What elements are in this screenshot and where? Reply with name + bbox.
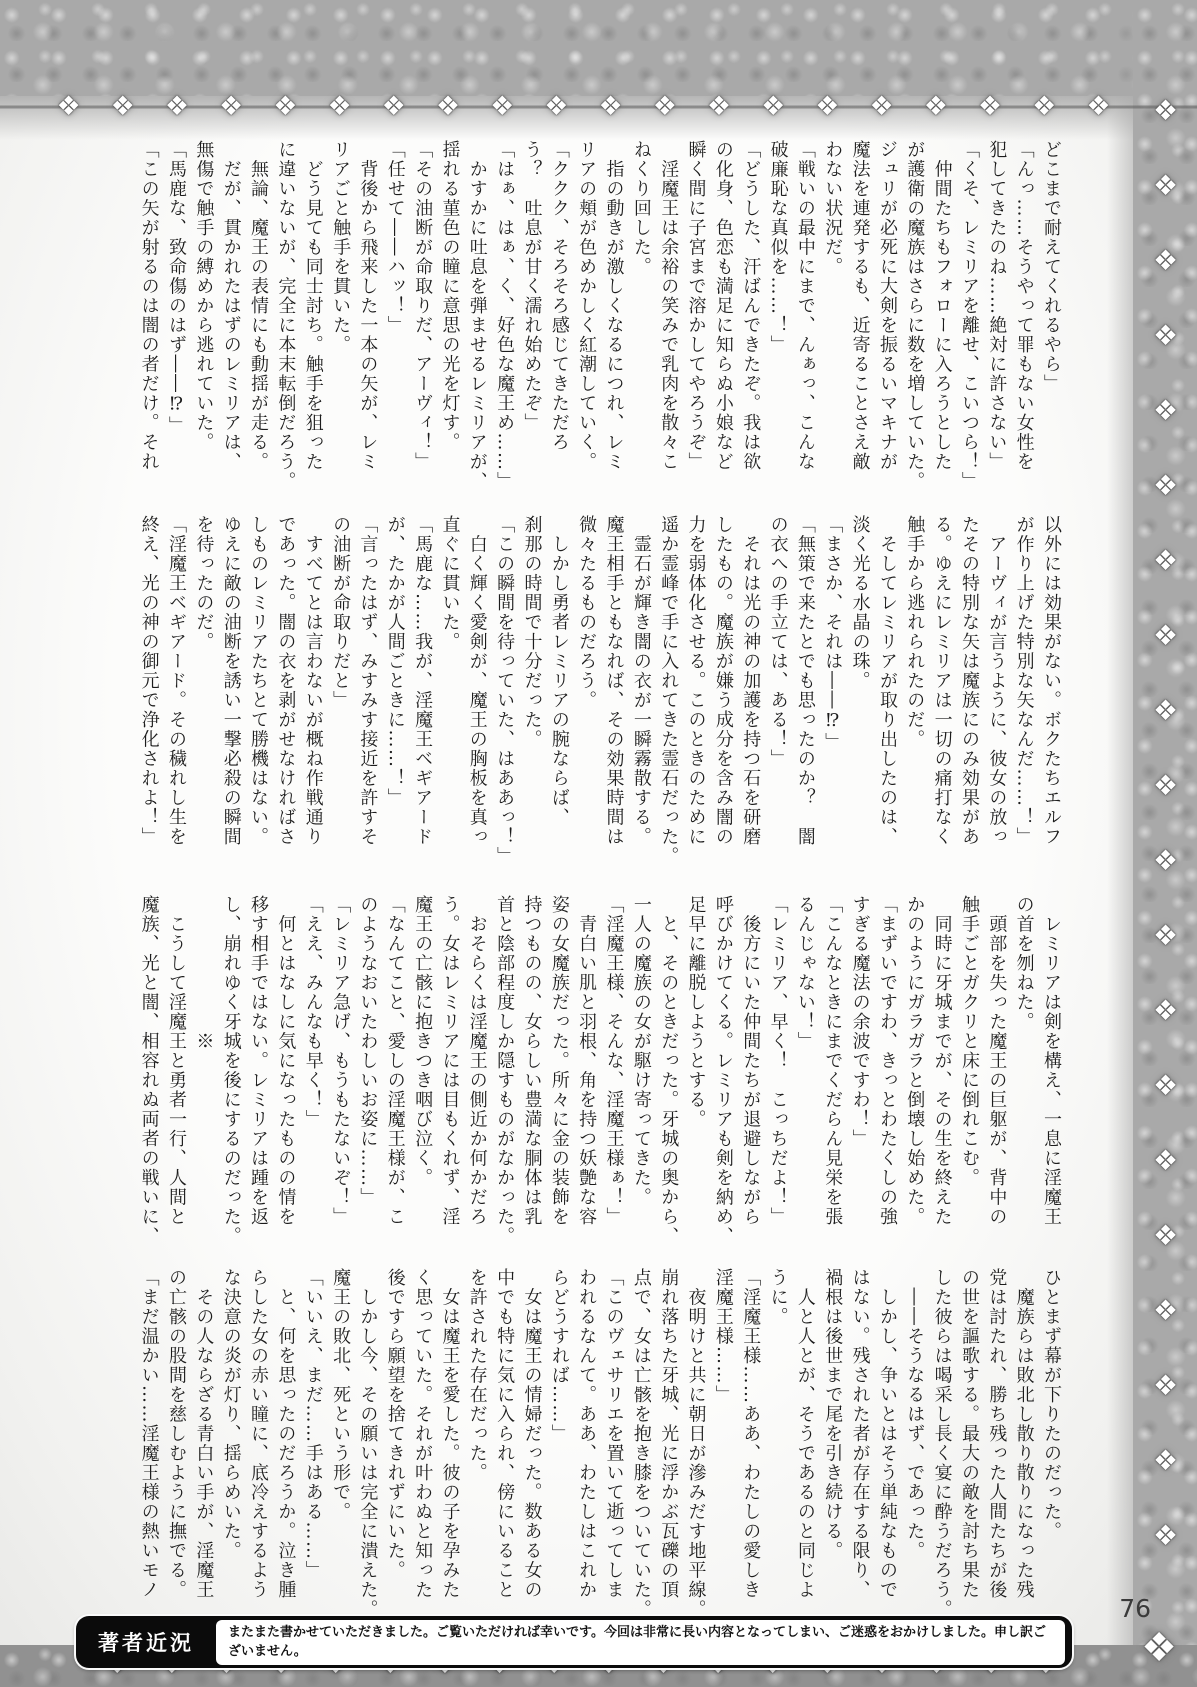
text-column: 女は魔王を愛した。彼の子を孕みた: [436, 1268, 463, 1620]
text-column: 「ククク、そろそろ感じてきただろ: [545, 140, 572, 492]
text-column: 「はぁ、はぁ、く、好色な魔王め……」: [491, 140, 518, 492]
text-column: 指の動きが激しくなるにつれ、レミ: [600, 140, 627, 492]
story-band-2: 以外には効果がない。ボクたちエルフが作り上げた特別な矢なんだ……！」 アーヴィが…: [135, 515, 1065, 867]
text-column: 「淫魔王様……ああ、わたしの愛しき: [737, 1268, 764, 1620]
text-column: 姿の女魔族だった。所々に金の装飾を: [545, 895, 572, 1247]
text-column: 「まさか、それは――⁉」: [819, 515, 846, 867]
text-column: 霊石が輝き闇の衣が一瞬霧散する。: [628, 515, 655, 867]
text-column: しかし今、その願いは完全に潰えた。: [354, 1268, 381, 1620]
text-column: の首を刎ねた。: [1010, 895, 1037, 1247]
text-column: その人ならざる青白い手が、淫魔王: [190, 1268, 217, 1620]
text-column: 犯してきたのね……絶対に許さない」: [983, 140, 1010, 492]
text-column: の亡骸の股間を慈しむように撫でる。: [163, 1268, 190, 1620]
text-column: はない。残された者が存在する限り、: [846, 1268, 873, 1620]
text-column: どう見ても同士討ち。触手を狙った: [299, 140, 326, 492]
ornament-chain-top-icon: ❖❖❖❖❖❖❖❖❖❖❖❖❖❖❖❖❖❖❖❖: [0, 86, 1197, 128]
text-column: 「まずいですわ、きっとわたくしの強: [874, 895, 901, 1247]
text-column: 持つものの、女らしい豊満な胴体は乳: [518, 895, 545, 1247]
text-column: しかし、争いとはそう単純なもので: [874, 1268, 901, 1620]
text-column: う。女はレミリアには目もくれず、淫: [436, 895, 463, 1247]
text-column: だが、貫かれたはずのレミリアは、: [217, 140, 244, 492]
text-column: 「淫魔王様、そんな、淫魔王様ぁ！」: [600, 895, 627, 1247]
text-column: 直ぐに貫いた。: [436, 515, 463, 867]
text-column: 「んっ……そうやって罪もない女性を: [1010, 140, 1037, 492]
text-column: 頭部を失った魔王の巨躯が、背中の: [983, 895, 1010, 1247]
text-column: しかし勇者レミリアの腕ならば、: [545, 515, 572, 867]
text-column: ひとまず幕が下りたのだった。: [1038, 1268, 1065, 1620]
text-column: したもの。魔族が嫌う成分を含み闇の: [710, 515, 737, 867]
text-column: 淫魔王は余裕の笑みで乳肉を散々こ: [655, 140, 682, 492]
text-column: 「任せて――ハッ！」: [381, 140, 408, 492]
text-column: 点で、女は亡骸を抱き膝をついていた。: [628, 1268, 655, 1620]
text-column: と、何を思ったのだろうか。泣き腫: [272, 1268, 299, 1620]
text-column: 触手ごとガクリと床に倒れこむ。: [956, 895, 983, 1247]
text-column: 中でも特に気に入られ、傍にいること: [491, 1268, 518, 1620]
text-column: らどうすれば……」: [545, 1268, 572, 1620]
text-column: すべてとは言わないが概ね作戦通り: [299, 515, 326, 867]
text-column: を許された存在だった。: [463, 1268, 490, 1620]
text-column: こうして淫魔王と勇者一行、人間と: [163, 895, 190, 1247]
page-number: 76: [1119, 1594, 1151, 1623]
text-column: 同時に牙城までが、その生を終えた: [928, 895, 955, 1247]
text-column: 微々たるものだろう。: [573, 515, 600, 867]
text-column: く思っていた。それが叶わぬと知った: [409, 1268, 436, 1620]
text-column: る。ゆえにレミリアは一切の痛打なく: [928, 515, 955, 867]
text-column: が、たかが人間ごときに……！」: [381, 515, 408, 867]
text-column: 後方にいた仲間たちが退避しながら: [737, 895, 764, 1247]
text-column: ※: [190, 895, 217, 1247]
text-column: 魔法を連発するも、近寄ることさえ敵: [846, 140, 873, 492]
text-column: の化身、色恋も満足に知らぬ小娘など: [710, 140, 737, 492]
text-column: 党は討たれ、勝ち残った人間たちが後: [983, 1268, 1010, 1620]
text-column: 「馬鹿な……我が、淫魔王ベギアード: [409, 515, 436, 867]
text-column: 「その油断が命取りだ、アーヴィ！」: [409, 140, 436, 492]
text-column: 「馬鹿な、致命傷のはず――⁉」: [163, 140, 190, 492]
text-column: 「言ったはず、みすみす接近を許すそ: [354, 515, 381, 867]
text-column: 「いいえ、まだ……手はある……」: [299, 1268, 326, 1620]
text-column: 以外には効果がない。ボクたちエルフ: [1038, 515, 1065, 867]
text-column: 力を弱体化させる。このときのために: [682, 515, 709, 867]
text-column: が作り上げた特別な矢なんだ……！」: [1010, 515, 1037, 867]
story-band-3: レミリアは剣を構え、一息に淫魔王の首を刎ねた。 頭部を失った魔王の巨躯が、背中の…: [135, 895, 1065, 1247]
author-note-bar: 著者近況 またまた書かせていただきました。ご覧いただければ幸いです。今回は非常に…: [76, 1616, 1072, 1668]
text-column: 瞬く間に子宮まで溶かしてやろうぞ」: [682, 140, 709, 492]
page-texture-top: [0, 0, 1197, 96]
text-column: 夜明けと共に朝日が滲みだす地平線。: [682, 1268, 709, 1620]
text-column: と、そのときだった。牙城の奥から、: [655, 895, 682, 1247]
text-column: るんじゃない！」: [792, 895, 819, 1247]
text-column: 「無策で来たとでも思ったのか？ 闇: [792, 515, 819, 867]
text-column: われるなんて。ああ、わたしはこれか: [573, 1268, 600, 1620]
text-column: 触手から逃れられたのだ。: [901, 515, 928, 867]
text-column: リアごと触手を貫いた。: [327, 140, 354, 492]
text-column: わない状況だ。: [819, 140, 846, 492]
author-note-label: 著者近況: [76, 1627, 216, 1657]
text-column: 「この瞬間を待っていた、はああっ！」: [491, 515, 518, 867]
text-column: 「くそ、レミリアを離せ、こいつら！」: [956, 140, 983, 492]
text-column: 呼びかけてくる。レミリアも剣を納め、: [710, 895, 737, 1247]
text-column: 首と陰部程度しか隠すものがなかった。: [491, 895, 518, 1247]
text-column: うに。: [764, 1268, 791, 1620]
text-column: 後ですら願望を捨てきれずにいた。: [381, 1268, 408, 1620]
text-column: 崩れ落ちた牙城、光に浮かぶ瓦礫の頂: [655, 1268, 682, 1620]
text-column: 白く輝く愛剣が、魔王の胸板を真っ: [463, 515, 490, 867]
text-column: かすかに吐息を弾ませるレミリアが、: [463, 140, 490, 492]
text-column: すぎる魔法の余波ですわ！」: [846, 895, 873, 1247]
text-column: の世を謳歌する。最大の敵を討ち果た: [956, 1268, 983, 1620]
story-band-4: ひとまず幕が下りたのだった。 魔族らは敗北し散り散りになった残党は討たれ、勝ち残…: [135, 1268, 1065, 1620]
text-column: 終え、光の神の御元で浄化されよ！」: [135, 515, 162, 867]
text-column: 「まだ温かい……淫魔王様の熱いモノ: [135, 1268, 162, 1620]
text-column: たその特別な矢は魔族にのみ効果があ: [956, 515, 983, 867]
text-column: らした女の赤い瞳に、底冷えするよう: [245, 1268, 272, 1620]
text-column: 一人の魔族の女が駆け寄ってきた。: [628, 895, 655, 1247]
text-column: 背後から飛来した一本の矢が、レミ: [354, 140, 381, 492]
text-column: 「どうした、汗ばんできたぞ。我は欲: [737, 140, 764, 492]
page-texture-right-fade: [1107, 0, 1133, 1687]
text-column: 魔族らは敗北し散り散りになった残: [1010, 1268, 1037, 1620]
text-column: リアの頬が色めかしく紅潮していく。: [573, 140, 600, 492]
text-column: しものレミリアたちとて勝機はない。: [245, 515, 272, 867]
text-column: おそらくは淫魔王の側近か何かだろ: [463, 895, 490, 1247]
text-column: 刹那の時間で十分だった。: [518, 515, 545, 867]
text-column: 足早に離脱しようとする。: [682, 895, 709, 1247]
text-column: し、崩れゆく牙城を後にするのだった。: [217, 895, 244, 1247]
text-column: に違いないが、完全に本末転倒だろう。: [272, 140, 299, 492]
book-page: ❖❖❖❖❖❖❖❖❖❖❖❖❖❖❖❖❖❖❖❖ ❖❖❖❖❖❖❖❖❖❖❖❖❖❖❖❖❖❖❖…: [0, 0, 1197, 1687]
text-column: 何とはなしに気になったものの情を: [272, 895, 299, 1247]
text-column: の油断が命取りだと」: [327, 515, 354, 867]
text-column: 魔族、光と闇、相容れぬ両者の戦いに、: [135, 895, 162, 1247]
text-column: が護衛の魔族はさらに数を増していた。: [901, 140, 928, 492]
text-column: 「ええ、みんなも早く！」: [299, 895, 326, 1247]
text-column: 「淫魔王ベギアード。その穢れし生を: [163, 515, 190, 867]
text-column: どこまで耐えてくれるやら」: [1038, 140, 1065, 492]
text-column: そしてレミリアが取り出したのは、: [874, 515, 901, 867]
text-column: 移す相手ではない。レミリアは踵を返: [245, 895, 272, 1247]
text-column: それは光の神の加護を持つ石を研磨: [737, 515, 764, 867]
text-column: した彼らは喝采し長く宴に酔うだろう。: [928, 1268, 955, 1620]
text-column: かのようにガラガラと倒壊し始めた。: [901, 895, 928, 1247]
text-column: 禍根は後世まで尾を引き続ける。: [819, 1268, 846, 1620]
text-column: の衣への手立ては、ある！」: [764, 515, 791, 867]
text-column: な決意の炎が灯り、揺らめいた。: [217, 1268, 244, 1620]
text-column: 仲間たちもフォローに入ろうとした: [928, 140, 955, 492]
ornament-corner-rosette-icon: ❖: [1141, 1625, 1177, 1671]
text-column: 「このヴェサリエを置いて逝ってしま: [600, 1268, 627, 1620]
text-column: のようなおいたわしいお姿に……」: [354, 895, 381, 1247]
text-column: であった。闇の衣を剥がせなければさ: [272, 515, 299, 867]
text-column: 青白い肌と羽根、角を持つ妖艶な容: [573, 895, 600, 1247]
text-column: ねくり回した。: [628, 140, 655, 492]
text-column: 遥か霊峰で手に入れてきた霊石だった。: [655, 515, 682, 867]
text-column: 淡く光る水晶の珠。: [846, 515, 873, 867]
text-column: 無傷で触手の縛めから逃れていた。: [190, 140, 217, 492]
story-band-1: どこまで耐えてくれるやら」「んっ……そうやって罪もない女性を犯してきたのね……絶…: [135, 140, 1065, 492]
text-column: う？ 吐息が甘く濡れ始めたぞ」: [518, 140, 545, 492]
text-column: 淫魔王様……」: [710, 1268, 737, 1620]
text-column: 「こんなときにまでくだらん見栄を張: [819, 895, 846, 1247]
text-column: 「レミリア急げ、もうもたないぞ！」: [327, 895, 354, 1247]
text-column: 魔王の敗北、死という形で。: [327, 1268, 354, 1620]
text-column: 魔王の亡骸に抱きつき咽び泣く。: [409, 895, 436, 1247]
text-column: 無論、魔王の表情にも動揺が走る。: [245, 140, 272, 492]
text-column: 魔王相手ともなれば、その効果時間は: [600, 515, 627, 867]
text-column: ――そうなるはず、であった。: [901, 1268, 928, 1620]
text-column: 「この矢が射るのは闇の者だけ。それ: [135, 140, 162, 492]
text-column: を待ったのだ。: [190, 515, 217, 867]
text-column: アーヴィが言うように、彼女の放っ: [983, 515, 1010, 867]
author-note-text: またまた書かせていただきました。ご覧いただければ幸いです。今回は非常に長い内容と…: [216, 1620, 1065, 1665]
text-column: 揺れる菫色の瞳に意思の光を灯す。: [436, 140, 463, 492]
text-column: 「なんてこと、愛しの淫魔王様が、こ: [381, 895, 408, 1247]
text-column: ゆえに敵の油断を誘い一撃必殺の瞬間: [217, 515, 244, 867]
text-column: 人と人とが、そうであるのと同じよ: [792, 1268, 819, 1620]
text-column: ジュリが必死に大剣を振るいマキナが: [874, 140, 901, 492]
text-column: 女は魔王の情婦だった。数ある女の: [518, 1268, 545, 1620]
ornament-chain-right-icon: ❖❖❖❖❖❖❖❖❖❖❖❖❖❖❖❖❖❖❖❖: [1145, 0, 1185, 1687]
text-column: 「レミリア、早く！ こっちだよ！」: [764, 895, 791, 1247]
text-column: 「戦いの最中にまで、んぁっ、こんな: [792, 140, 819, 492]
text-column: レミリアは剣を構え、一息に淫魔王: [1038, 895, 1065, 1247]
text-column: 破廉恥な真似を……！」: [764, 140, 791, 492]
